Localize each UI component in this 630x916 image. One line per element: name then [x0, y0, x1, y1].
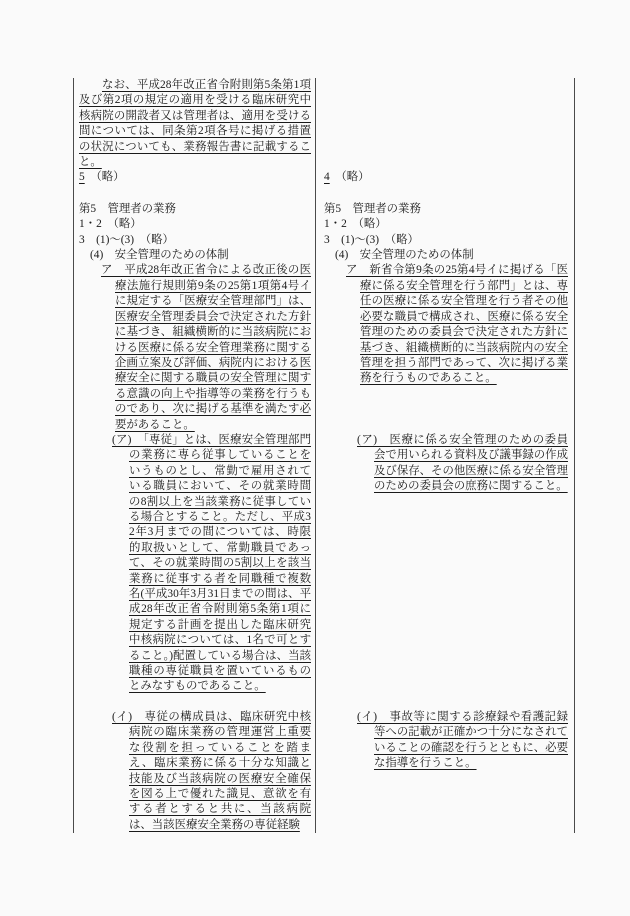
right-column-cell: 第5 管理者の業務	[316, 202, 574, 217]
table-row-item-3: 3 (1)～(3) （略） 3 (1)～(3) （略）	[74, 233, 574, 248]
item-3-abbreviated: 3 (1)～(3) （略）	[79, 233, 311, 248]
item-5-abbreviated: 5 （略）	[79, 170, 311, 185]
right-column-cell: (ア) 医療に係る安全管理のための委員会で用いられる資料及び議事録の作成及び保存…	[316, 433, 574, 710]
left-column-cell: 第5 管理者の業務	[74, 202, 316, 217]
blank-line-spacer	[74, 186, 574, 202]
para-a-safety-management-dept: ア 平成28年改正省令による改正後の医療法施行規則第9条の25第1項第4号イに規…	[79, 263, 311, 432]
items-1-2-abbreviated: 1・2 （略）	[79, 217, 311, 232]
left-column-cell: 1・2 （略）	[74, 217, 316, 232]
table-row-revision-note: なお、平成28年改正省令附則第5条第1項及び第2項の規定の適用を受ける臨床研究中…	[74, 78, 574, 170]
table-row-para-a-2: (イ) 専従の構成員は、臨床研究中核病院の臨床業務の管理運営上重要な役割を担って…	[74, 710, 574, 833]
right-column-cell: ア 新省令第9条の25第4号イに掲げる「医療に係る安全管理を行う部門」とは、専任…	[316, 263, 574, 432]
left-column-cell: ア 平成28年改正省令による改正後の医療法施行規則第9条の25第1項第4号イに規…	[74, 263, 316, 432]
items-1-2-abbreviated: 1・2 （略）	[324, 217, 568, 232]
left-column-cell: なお、平成28年改正省令附則第5条第1項及び第2項の規定の適用を受ける臨床研究中…	[74, 78, 316, 170]
table-row-abbreviated-items: 5 （略） 4 （略）	[74, 170, 574, 185]
right-column-cell	[316, 186, 574, 202]
right-column-cell: 3 (1)～(3) （略）	[316, 233, 574, 248]
right-column-cell: 4 （略）	[316, 170, 574, 185]
para-a-2-senju-members: (イ) 専従の構成員は、臨床研究中核病院の臨床業務の管理運営上重要な役割を担って…	[79, 710, 311, 833]
table-row-section-heading: 第5 管理者の業務 第5 管理者の業務	[74, 202, 574, 217]
para-a-1-senju-definition: (ア) 「専従」とは、医療安全管理部門の業務に専ら従事していることをいうものとし…	[79, 433, 311, 695]
section-5-heading: 第5 管理者の業務	[324, 202, 568, 217]
item-5-ryaku: （略）	[85, 171, 125, 183]
left-column-cell	[74, 186, 316, 202]
left-column-cell: 3 (1)～(3) （略）	[74, 233, 316, 248]
right-column-cell: 1・2 （略）	[316, 217, 574, 232]
section-5-heading: 第5 管理者の業務	[79, 202, 311, 217]
para-a-1-committee-records: (ア) 医療に係る安全管理のための委員会で用いられる資料及び議事録の作成及び保存…	[324, 433, 568, 495]
right-column-cell: (4) 安全管理のための体制	[316, 248, 574, 263]
revision-note-paragraph: なお、平成28年改正省令附則第5条第1項及び第2項の規定の適用を受ける臨床研究中…	[79, 78, 311, 170]
table-row-item-4-heading: (4) 安全管理のための体制 (4) 安全管理のための体制	[74, 248, 574, 263]
table-row-items-1-2: 1・2 （略） 1・2 （略）	[74, 217, 574, 232]
para-a-safety-management-dept: ア 新省令第9条の25第4号イに掲げる「医療に係る安全管理を行う部門」とは、専任…	[324, 263, 568, 386]
item-4-heading: (4) 安全管理のための体制	[90, 248, 311, 263]
left-column-cell: 5 （略）	[74, 170, 316, 185]
right-column-cell: (イ) 事故等に関する診療録や看護記録等への記載が正確かつ十分になされていること…	[316, 710, 574, 833]
right-column-cell	[316, 78, 574, 170]
left-column-cell: (4) 安全管理のための体制	[74, 248, 316, 263]
left-column-cell: (ア) 「専従」とは、医療安全管理部門の業務に専ら従事していることをいうものとし…	[74, 433, 316, 710]
item-3-abbreviated: 3 (1)～(3) （略）	[324, 233, 568, 248]
item-4-abbreviated: 4 （略）	[324, 170, 568, 185]
table-row-para-a: ア 平成28年改正省令による改正後の医療法施行規則第9条の25第1項第4号イに規…	[74, 263, 574, 432]
comparison-table: なお、平成28年改正省令附則第5条第1項及び第2項の規定の適用を受ける臨床研究中…	[73, 78, 575, 833]
document-page: なお、平成28年改正省令附則第5条第1項及び第2項の規定の適用を受ける臨床研究中…	[0, 0, 630, 916]
left-column-cell: (イ) 専従の構成員は、臨床研究中核病院の臨床業務の管理運営上重要な役割を担って…	[74, 710, 316, 833]
item-4-heading: (4) 安全管理のための体制	[335, 248, 568, 263]
table-row-para-a-1: (ア) 「専従」とは、医療安全管理部門の業務に専ら従事していることをいうものとし…	[74, 433, 574, 710]
item-4-ryaku: （略）	[330, 171, 370, 183]
para-a-2-records-confirmation: (イ) 事故等に関する診療録や看護記録等への記載が正確かつ十分になされていること…	[324, 710, 568, 772]
